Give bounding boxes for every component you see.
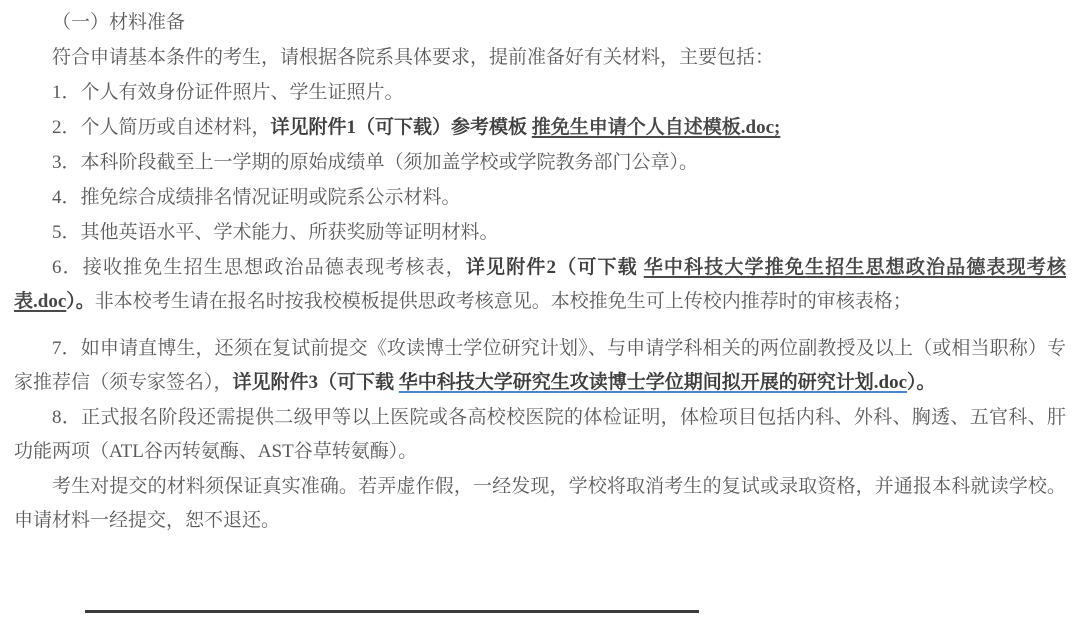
attachment1-doc-link[interactable]: 推免生申请个人自述模板.doc; [532, 117, 781, 138]
item6-text-2: 非本校考生请在报名时按我校模板提供思政考核意见。本校推免生可上传校内推荐时的审核… [95, 291, 912, 312]
list-item-7: 7．如申请直博生，还须在复试前提交《攻读博士学位研究计划》、与申请学科相关的两位… [14, 332, 1066, 400]
list-item-3: 3．本科阶段截至上一学期的原始成绩单（须加盖学校或学院教务部门公章）。 [14, 146, 1066, 180]
attachment3-doc-link[interactable]: 华中科技大学研究生攻读博士学位期间拟开展的研究计划.doc [399, 372, 907, 393]
list-item-8: 8．正式报名阶段还需提供二级甲等以上医院或各高校校医院的体检证明，体检项目包括内… [14, 401, 1066, 469]
section-heading: （一）材料准备 [14, 6, 1066, 40]
item6-text: 6．接收推免生招生思想政治品德表现考核表， [52, 257, 466, 278]
item2-text: 2．个人简历或自述材料， [52, 117, 271, 138]
list-item-5: 5．其他英语水平、学术能力、所获奖励等证明材料。 [14, 216, 1066, 250]
document-page: （一）材料准备 符合申请基本条件的考生，请根据各院系具体要求，提前准备好有关材料… [0, 0, 1080, 539]
item6-attachment-note-close: ）。 [66, 291, 95, 312]
closing-paragraph: 考生对提交的材料须保证真实准确。若弄虚作假，一经发现，学校将取消考生的复试或录取… [14, 470, 1066, 538]
intro-paragraph: 符合申请基本条件的考生，请根据各院系具体要求，提前准备好有关材料，主要包括： [14, 41, 1066, 75]
list-item-2: 2．个人简历或自述材料，详见附件1（可下载）参考模板 推免生申请个人自述模板.d… [14, 111, 1066, 145]
list-item-1: 1．个人有效身份证件照片、学生证照片。 [14, 76, 1066, 110]
cropped-table-edge [85, 610, 699, 613]
item7-attachment-note: 详见附件3（可下载 [233, 372, 399, 393]
item7-attachment-note-close: ）。 [907, 372, 936, 393]
list-item-6: 6．接收推免生招生思想政治品德表现考核表，详见附件2（可下载 华中科技大学推免生… [14, 251, 1066, 319]
item6-attachment-note: 详见附件2（可下载 [466, 257, 644, 278]
item2-attachment-note: 详见附件1（可下载）参考模板 [271, 117, 532, 138]
list-item-4: 4．推免综合成绩排名情况证明或院系公示材料。 [14, 181, 1066, 215]
